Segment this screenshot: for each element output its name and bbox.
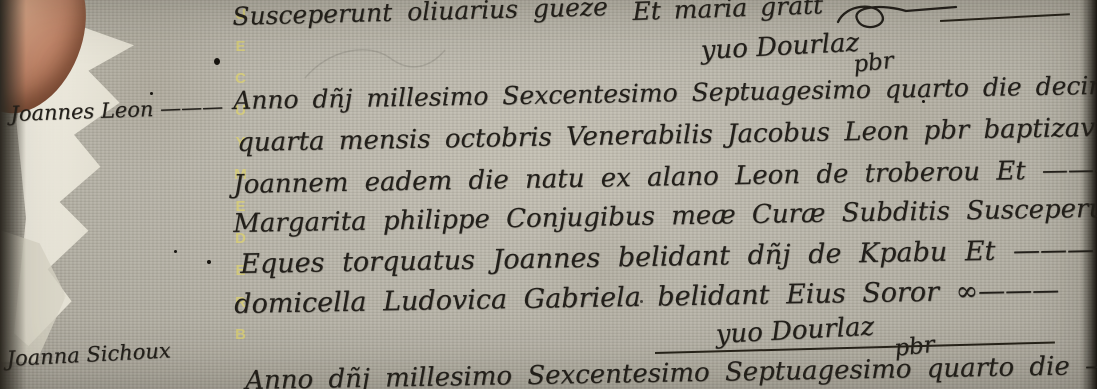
priest-signature-title: pbr [852, 48, 895, 78]
record3-line: Anno dñj millesimo Sexcentesimo Septuage… [245, 351, 1097, 389]
ink-speck [922, 100, 925, 103]
record2-line: Anno dñj millesimo Sexcentesimo Septuage… [233, 70, 1097, 115]
ink-speck [640, 300, 643, 303]
pen-stroke [940, 13, 1070, 22]
ink-speck [150, 92, 153, 95]
faint-squiggle [300, 38, 450, 88]
photo-vignette [0, 0, 1097, 389]
ink-speck [214, 58, 220, 65]
record2-line: Margarita philippe Conjugibus meæ Curæ S… [233, 193, 1097, 239]
page-shadow-left [0, 0, 26, 389]
record2-line: domicella Ludovica Gabriela belidant Eiu… [234, 275, 1059, 320]
record1-line: Et maria gratt [632, 0, 824, 26]
ink-speck [207, 260, 211, 264]
priest-signature: yuo Dourlaz [700, 28, 860, 66]
ink-speck [174, 250, 177, 253]
record2-line: Eques torquatus Joannes belidant dñj de … [240, 234, 1094, 280]
record2-line: quarta mensis octobris Venerabilis Jacob… [237, 113, 1097, 158]
priest-signature: yuo Dourlaz [715, 312, 875, 350]
record1-line: Susceperunt oliuarius gueze [232, 0, 608, 31]
register-page: UECUYMEDERB Susceperunt oliuarius gueze … [0, 0, 1097, 389]
record2-line: Joannem eadem die natu ex alano Leon de … [233, 155, 1097, 200]
